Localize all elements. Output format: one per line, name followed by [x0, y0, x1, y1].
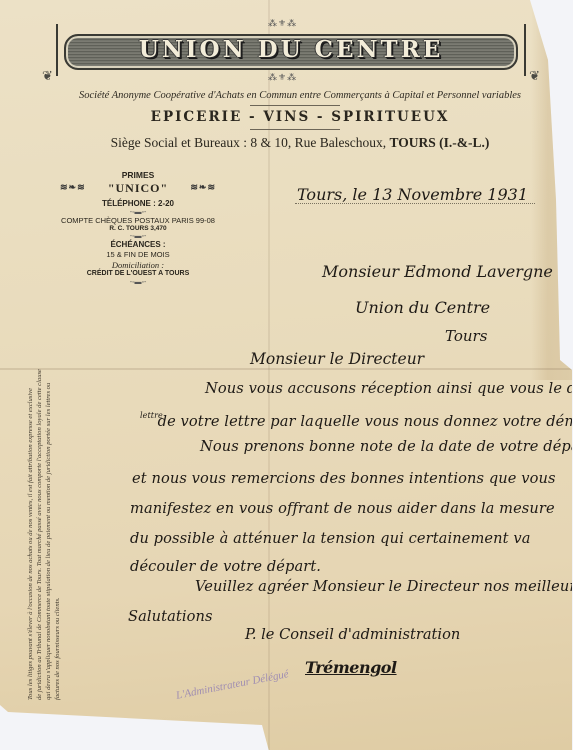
date-dotted-line [295, 203, 535, 204]
domiciliation-value: CRÉDIT DE L'OUEST A TOURS [48, 270, 228, 279]
closing-line: P. le Conseil d'administration [245, 626, 460, 643]
trade-register: R. C. TOURS 3,470 [48, 225, 228, 233]
legal-line: factures de nos fournisseurs ou clients. [53, 300, 62, 700]
body-line: Salutations [128, 608, 213, 625]
primes-label: PRIMES [48, 170, 228, 181]
telephone: TÉLÉPHONE : 2-20 [48, 199, 228, 209]
body-line: découler de votre départ. [130, 558, 321, 575]
company-tagline: Société Anonyme Coopérative d'Achats en … [70, 90, 530, 101]
info-separator: -◦▬◦- [48, 209, 228, 216]
letterhead-banner: ❦ ❦ UNION DU CENTRE [52, 30, 530, 70]
trade-item: SPIRITUEUX [331, 109, 449, 125]
banner-top-ornament: ⁂⚜⁂ [268, 18, 297, 29]
company-name: UNION DU CENTRE [52, 36, 530, 63]
trade-item: EPICERIE [151, 109, 243, 125]
body-line: lettre de votre lettre par laquelle vous… [140, 413, 573, 430]
trade-separator: - [317, 109, 325, 125]
echeances-value: 15 & FIN DE MOIS [48, 250, 228, 259]
recipient-name: Monsieur Edmond Lavergne [322, 262, 553, 281]
legal-line: de juridiction au Tribunal de Commerce d… [35, 300, 44, 700]
body-line: Veuillez agréer Monsieur le Directeur no… [195, 578, 573, 595]
recipient-city: Tours [445, 327, 487, 345]
administrator-stamp: L'Administrateur Délégué [175, 668, 290, 702]
address-street: 8 & 10, Rue Baleschoux, [250, 135, 386, 150]
banner-bottom-ornament: ⁂⚜⁂ [268, 72, 297, 83]
tagline-rule [250, 105, 340, 106]
letter-date: Tours, le 13 Novembre 1931 [297, 185, 528, 204]
interlinear-insert: lettre [140, 411, 163, 420]
legal-line: Tous les litiges pouvant s'élever à l'oc… [26, 300, 35, 700]
trade-list: EPICERIE - VINS - SPIRITUEUX [70, 109, 530, 125]
body-line: du possible à atténuer la tension qui ce… [130, 530, 531, 547]
body-line: Nous vous accusons réception ainsi que v… [205, 380, 573, 397]
paper-edge-shading [531, 0, 573, 380]
company-info-column: PRIMES "UNICO" TÉLÉPHONE : 2-20 -◦▬◦- CO… [48, 170, 228, 286]
postal-account: COMPTE CHÈQUES POSTAUX PARIS 99-08 [48, 216, 228, 225]
margin-legal-text: Tous les litiges pouvant s'élever à l'oc… [26, 300, 62, 700]
info-separator: -◦▬◦- [48, 279, 228, 286]
trade-separator: - [249, 109, 257, 125]
signature: Trémengol [305, 658, 397, 677]
domiciliation-label: Domiciliation : [48, 260, 228, 271]
body-line-text: de votre lettre par laquelle vous nous d… [158, 413, 573, 430]
info-separator: -◦▬◦- [48, 233, 228, 240]
fleuron-right-icon: ❦ [529, 68, 540, 84]
address-label: Siège Social et Bureaux : [111, 135, 247, 150]
paper-fold-horizontal [0, 368, 573, 370]
recipient-organization: Union du Centre [355, 298, 490, 317]
body-line: Nous prenons bonne note de la date de vo… [200, 438, 573, 455]
trade-rule [250, 129, 340, 130]
legal-line: qui devra s'appliquer nonobstant toute s… [44, 300, 53, 700]
primes-name: "UNICO" [48, 181, 228, 196]
company-address: Siège Social et Bureaux : 8 & 10, Rue Ba… [70, 135, 530, 151]
fleuron-left-icon: ❦ [42, 68, 53, 84]
body-line: manifestez en vous offrant de nous aider… [130, 500, 555, 517]
letter-paper: ⁂⚜⁂ ❦ ❦ UNION DU CENTRE ⁂⚜⁂ Société Anon… [0, 0, 573, 750]
echeances-label: ÉCHÉANCES : [48, 240, 228, 250]
salutation: Monsieur le Directeur [250, 350, 424, 368]
address-city: TOURS (I.-&-L.) [390, 135, 490, 150]
trade-item: VINS [263, 109, 310, 125]
body-line: et nous vous remercions des bonnes inten… [132, 470, 556, 487]
